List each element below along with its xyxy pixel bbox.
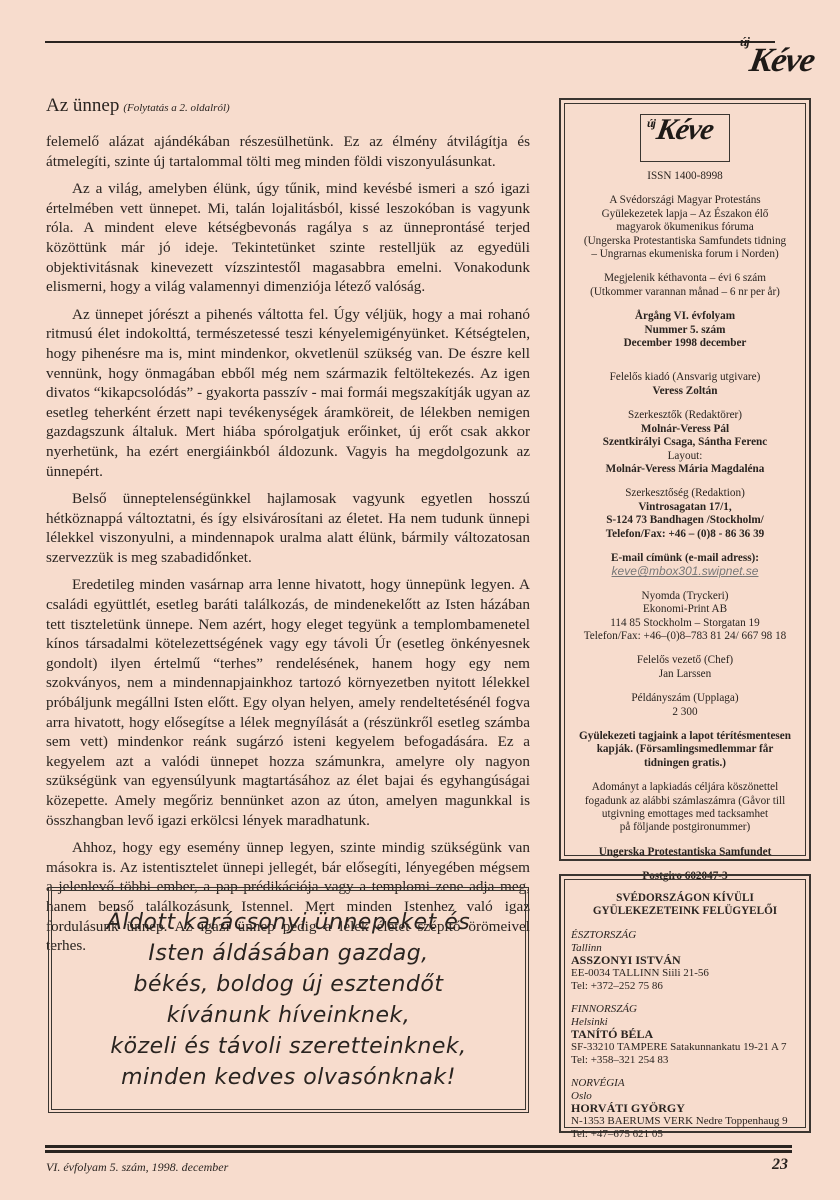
overseer-name: ASSZONYI ISTVÁN [571, 954, 799, 967]
article-paragraph: Az ünnepet jórészt a pihenés váltotta fe… [46, 305, 530, 481]
overseer-country: NORVÉGIA [571, 1077, 799, 1090]
free-note-line: Gyülekezeti tagjaink a lapot térítésment… [565, 730, 805, 743]
overseer-country: ÉSZTORSZÁG [571, 929, 799, 942]
office-line: S-124 73 Bandhagen /Stockholm/ [565, 514, 805, 527]
editorial-office: Szerkesztőség (Redaktion) Vintrosagatan … [565, 487, 805, 541]
overseer-address: N-1353 BAERUMS VERK Nedre Toppenhaug 9 [571, 1115, 799, 1128]
masthead-box: új Kéve ISSN 1400-8998 A Svédországi Mag… [559, 98, 811, 861]
printer-line: 114 85 Stockholm – Storgatan 19 [565, 617, 805, 630]
overseers-box: SVÉDORSZÁGON KÍVÜLI GYÜLEKEZETEINK FELÜG… [559, 874, 811, 1133]
article-title: Az ünnep(Folytatás a 2. oldalról) [46, 95, 230, 117]
email-link[interactable]: keve@mbox301.swipnet.se [565, 565, 805, 578]
footer-rule [45, 1150, 792, 1153]
overseers-title-line: GYÜLEKEZETEINK FELÜGYELŐI [571, 905, 799, 918]
magazine-page: új Kéve Az ünnep(Folytatás a 2. oldalról… [0, 0, 840, 1200]
logo-name: Kéve [747, 42, 818, 80]
overseer-country: FINNORSZÁG [571, 1003, 799, 1016]
article-title-text: Az ünnep [46, 95, 119, 116]
footer-rule [45, 1145, 792, 1148]
overseer-entry: NORVÉGIA Oslo HORVÁTI GYÖRGY N-1353 BAER… [571, 1077, 799, 1140]
overseer-address: EE-0034 TALLINN Siili 21-56 [571, 967, 799, 980]
manager-label: Felelős vezető (Chef) [565, 654, 805, 667]
printer-label: Nyomda (Tryckeri) [565, 590, 805, 603]
greeting-line: minden kedves olvasónknak! [121, 1062, 456, 1093]
overseers-title: SVÉDORSZÁGON KÍVÜLI GYÜLEKEZETEINK FELÜG… [571, 892, 799, 917]
greeting-line: közeli és távoli szeretteinknek, [110, 1031, 466, 1062]
issue-line: Årgång VI. évfolyam [565, 310, 805, 323]
masthead-inner: új Kéve ISSN 1400-8998 A Svédországi Mag… [564, 103, 806, 856]
publisher: Felelős kiadó (Ansvarig utgivare) Veress… [565, 371, 805, 398]
editor-name: Szentkirályi Csaga, Sántha Ferenc [565, 436, 805, 449]
greeting-line: Áldott karácsonyi ünnepeket és [107, 907, 470, 938]
logo-name: Kéve [656, 123, 714, 136]
frequency-line: Megjelenik kéthavonta – évi 6 szám [565, 272, 805, 285]
layout-label: Layout: [565, 450, 805, 463]
email-block: E-mail címünk (e-mail adress): keve@mbox… [565, 552, 805, 579]
donation-line: utgivning emottages med tacksamhet [565, 808, 805, 821]
circulation-label: Példányszám (Upplaga) [565, 692, 805, 705]
donation-line: fogadunk az alábbi számlaszámra (Gåvor t… [565, 795, 805, 808]
printer-line: Telefon/Fax: +46–(0)8–783 81 24/ 667 98 … [565, 630, 805, 643]
logo-prefix: új [740, 34, 749, 50]
manager: Felelős vezető (Chef) Jan Larssen [565, 654, 805, 681]
description-line: Gyülekezetek lapja – Az Északon élő [565, 208, 805, 221]
overseer-address: SF-33210 TAMPERE Satakunnankatu 19-21 A … [571, 1041, 799, 1054]
logo-prefix: új [647, 117, 655, 130]
description-line: (Ungerska Protestantiska Samfundets tidn… [565, 235, 805, 248]
printer-line: Ekonomi-Print AB [565, 603, 805, 616]
article-paragraph: felemelő alázat ajándékában részesülhetü… [46, 132, 530, 171]
donation-line: Adományt a lapkiadás céljára köszönettel [565, 781, 805, 794]
overseer-tel: Tel: +372–252 75 86 [571, 980, 799, 993]
office-line: Telefon/Fax: +46 – (0)8 - 86 36 39 [565, 528, 805, 541]
editors: Szerkesztők (Redaktörer) Molnár-Veress P… [565, 409, 805, 476]
article-paragraph: Eredetileg minden vasárnap arra lenne hi… [46, 575, 530, 830]
description: A Svédországi Magyar Protestáns Gyülekez… [565, 194, 805, 261]
donation-line: på följande postgironummer) [565, 821, 805, 834]
header-logo: új Kéve [730, 34, 830, 82]
manager-name: Jan Larssen [565, 668, 805, 681]
greeting-line: Isten áldásában gazdag, [148, 938, 428, 969]
issue-line: Nummer 5. szám [565, 324, 805, 337]
overseer-entry: ÉSZTORSZÁG Tallinn ASSZONYI ISTVÁN EE-00… [571, 929, 799, 992]
editors-label: Szerkesztők (Redaktörer) [565, 409, 805, 422]
issue-line: December 1998 december [565, 337, 805, 350]
donation-note: Adományt a lapkiadás céljára köszönettel… [565, 781, 805, 835]
frequency-line: (Utkommer varannan månad – 6 nr per år) [565, 286, 805, 299]
greeting-inner: Áldott karácsonyi ünnepeket és Isten áld… [51, 890, 526, 1110]
email-label: E-mail címünk (e-mail adress): [565, 552, 805, 565]
description-line: A Svédországi Magyar Protestáns [565, 194, 805, 207]
masthead-logo: új Kéve [640, 114, 730, 162]
free-note: Gyülekezeti tagjaink a lapot térítésment… [565, 730, 805, 770]
frequency: Megjelenik kéthavonta – évi 6 szám (Utko… [565, 272, 805, 299]
article-paragraph: Belső ünneptelenségünkkel hajlamosak vag… [46, 489, 530, 567]
overseers-title-line: SVÉDORSZÁGON KÍVÜLI [571, 892, 799, 905]
free-note-line: kapják. (Församlingsmedlemmar får [565, 743, 805, 756]
greeting-box: Áldott karácsonyi ünnepeket és Isten áld… [48, 887, 529, 1113]
footer-issue: VI. évfolyam 5. szám, 1998. december [46, 1160, 228, 1175]
article-body: felemelő alázat ajándékában részesülhetü… [46, 132, 530, 964]
overseer-tel: Tel: +358–321 254 83 [571, 1054, 799, 1067]
layout-name: Molnár-Veress Mária Magdaléna [565, 463, 805, 476]
free-note-line: tidningen gratis.) [565, 757, 805, 770]
article-paragraph: Az a világ, amelyben élünk, úgy tűnik, m… [46, 179, 530, 297]
editor-name: Molnár-Veress Pál [565, 423, 805, 436]
publisher-name: Veress Zoltán [565, 385, 805, 398]
description-line: – Ungrarnas ekumeniska forum i Norden) [565, 248, 805, 261]
overseer-entry: FINNORSZÁG Helsinki TANÍTÓ BÉLA SF-33210… [571, 1003, 799, 1066]
description-line: magyarok ökumenikus fóruma [565, 221, 805, 234]
article-subtitle: (Folytatás a 2. oldalról) [123, 102, 229, 114]
account-name: Ungerska Protestantiska Samfundet [565, 846, 805, 859]
header-rule [45, 41, 775, 43]
greeting-line: békés, boldog új esztendőt [134, 969, 444, 1000]
overseer-tel: Tel: +47–675 621 05 [571, 1128, 799, 1141]
issn: ISSN 1400-8998 [565, 170, 805, 183]
issue-info: Årgång VI. évfolyam Nummer 5. szám Decem… [565, 310, 805, 350]
circulation-value: 2 300 [565, 706, 805, 719]
overseer-name: TANÍTÓ BÉLA [571, 1028, 799, 1041]
office-label: Szerkesztőség (Redaktion) [565, 487, 805, 500]
publisher-label: Felelős kiadó (Ansvarig utgivare) [565, 371, 805, 384]
office-line: Vintrosagatan 17/1, [565, 501, 805, 514]
overseers-inner: SVÉDORSZÁGON KÍVÜLI GYÜLEKEZETEINK FELÜG… [564, 879, 806, 1128]
circulation: Példányszám (Upplaga) 2 300 [565, 692, 805, 719]
page-number: 23 [772, 1156, 788, 1174]
greeting-line: kívánunk híveinknek, [167, 1000, 411, 1031]
printer: Nyomda (Tryckeri) Ekonomi-Print AB 114 8… [565, 590, 805, 644]
overseer-name: HORVÁTI GYÖRGY [571, 1102, 799, 1115]
